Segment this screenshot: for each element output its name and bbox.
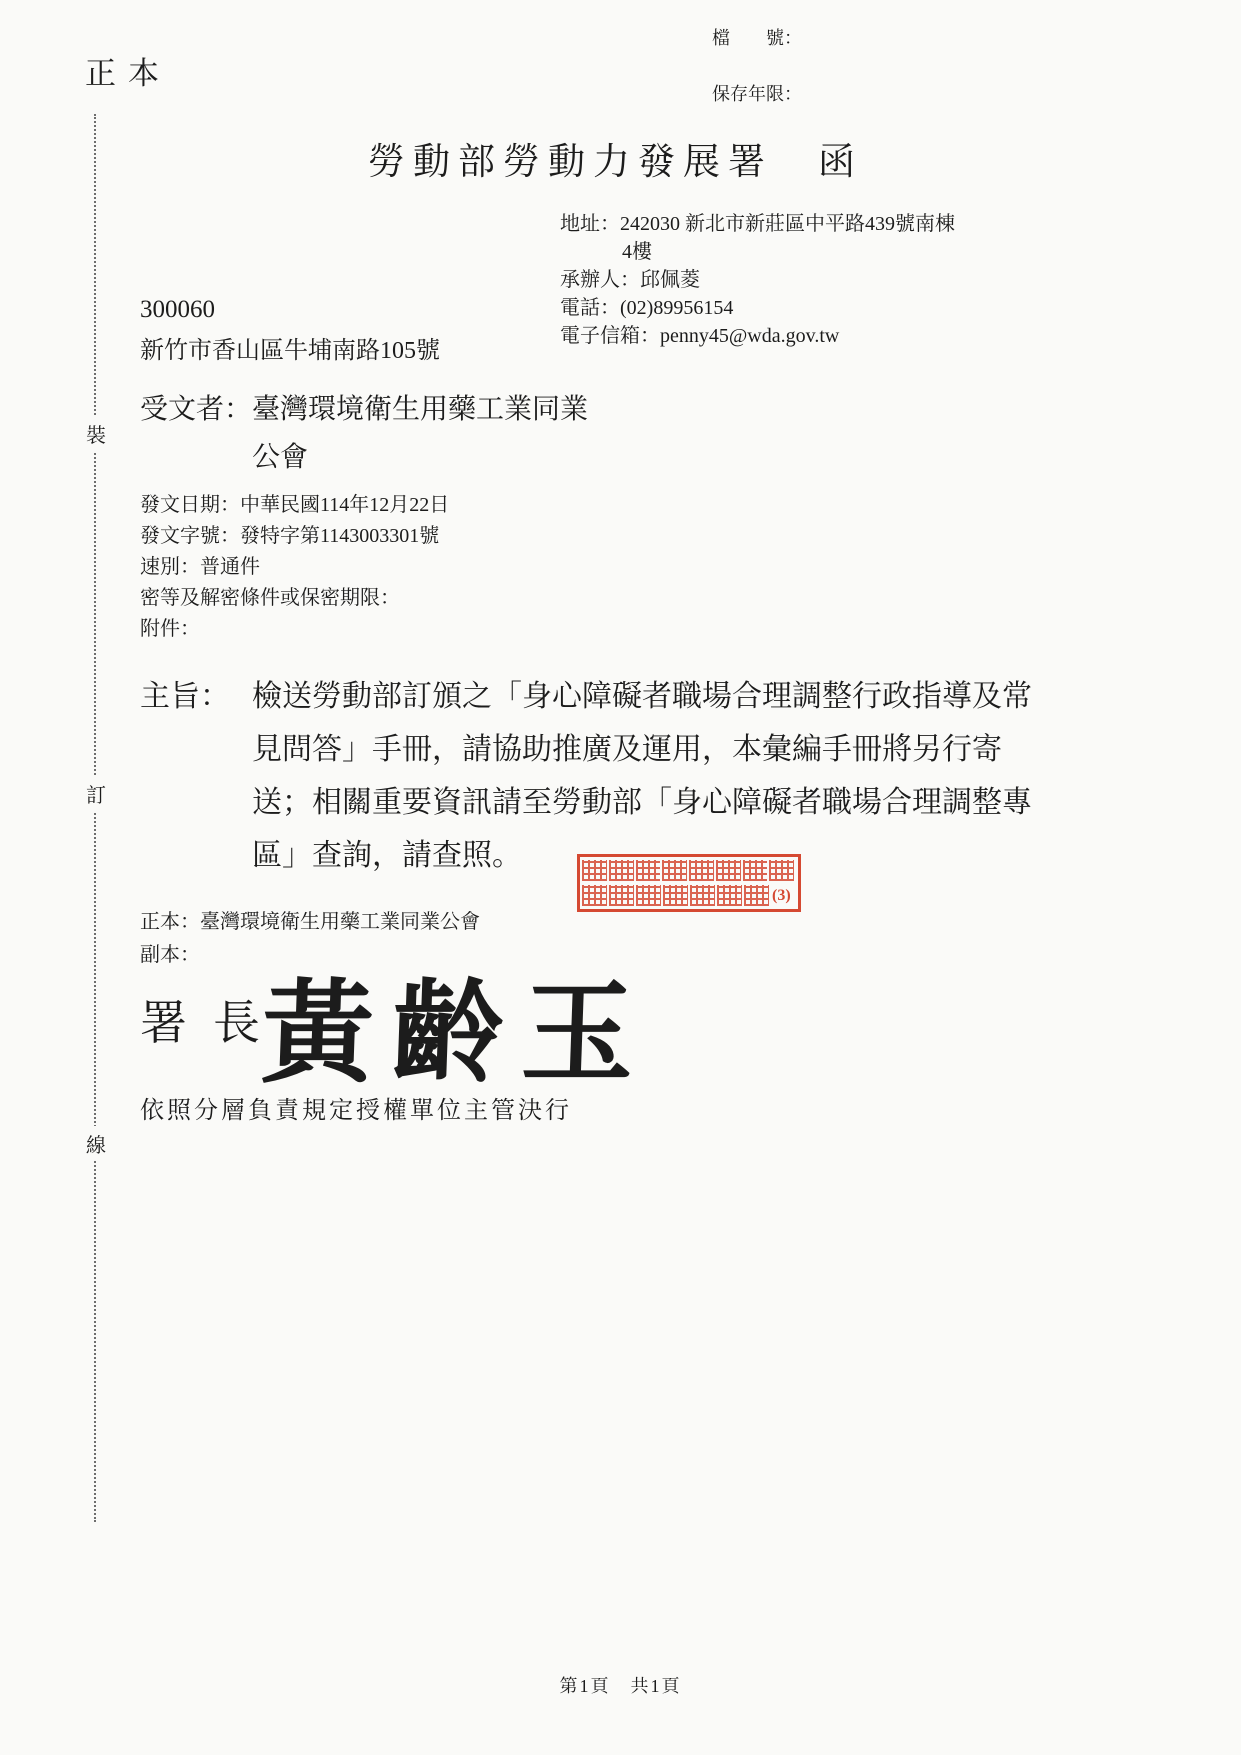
seal-glyph: [769, 860, 794, 881]
seal-row: [582, 859, 796, 882]
seal-glyph: [744, 885, 769, 906]
sender-phone: 電話：(02)89956154: [560, 294, 955, 322]
official-seal-stamp: (3): [577, 854, 801, 912]
document-title: 勞動部勞動力發展署 函: [368, 131, 863, 185]
recipient-name-line2: 公會: [140, 434, 588, 482]
copy-type-label: 正本: [85, 48, 171, 93]
security-class: 密等及解密條件或保密期限：: [140, 583, 449, 614]
page-number-footer: 第1頁 共1頁: [0, 1672, 1241, 1698]
seal-glyph: [663, 885, 688, 906]
delegation-note: 依照分層負責規定授權單位主管決行: [140, 1090, 572, 1125]
sender-email: 電子信箱：penny45@wda.gov.tw: [560, 322, 955, 350]
seal-glyph: [662, 860, 687, 881]
sender-address-line2: 4樓: [560, 238, 955, 266]
distribution-original: 正本：臺灣環境衛生用藥工業同業公會: [140, 906, 480, 939]
seal-glyph: [582, 860, 607, 881]
seal-row: (3): [582, 884, 796, 907]
seal-glyph: [609, 860, 634, 881]
seal-glyph: [636, 885, 661, 906]
seal-glyph: [743, 860, 768, 881]
seal-suffix: (3): [772, 887, 791, 905]
binding-mark-xian: 線: [84, 1126, 108, 1161]
seal-glyph: [636, 860, 661, 881]
document-metadata-block: 發文日期：中華民國114年12月22日 發文字號：發特字第1143003301號…: [140, 490, 449, 645]
issue-date: 發文日期：中華民國114年12月22日: [140, 490, 449, 521]
seal-glyph: [609, 885, 634, 906]
file-number-label-right: 號：: [766, 28, 802, 48]
attachment-label: 附件：: [140, 614, 449, 645]
subject-line: 送；相關重要資訊請至勞動部「身心障礙者職場合理調整專: [252, 776, 1032, 829]
subject-block: 主旨： 檢送勞動部訂頒之「身心障礙者職場合理調整行政指導及常 見問答」手冊，請協…: [140, 670, 1032, 882]
signer-name-calligraphy: 黃齡玉: [259, 944, 655, 1105]
document-number: 發文字號：發特字第1143003301號: [140, 521, 449, 552]
seal-glyph: [582, 885, 607, 906]
recipient-name-line1: 受文者：臺灣環境衛生用藥工業同業: [140, 386, 588, 434]
file-number-label: 檔號：: [712, 24, 802, 50]
file-number-label-left: 檔: [712, 28, 730, 48]
binding-mark-ding: 訂: [84, 776, 108, 811]
binding-mark-zhuang: 裝: [84, 416, 108, 451]
recipient-postal-code: 300060: [140, 296, 215, 324]
speed-class: 速別：普通件: [140, 552, 449, 583]
subject-label: 主旨：: [140, 670, 252, 882]
subject-line: 見問答」手冊，請協助推廣及運用，本彙編手冊將另行寄: [252, 723, 1032, 776]
binding-dotted-line: [94, 114, 96, 1522]
subject-body: 檢送勞動部訂頒之「身心障礙者職場合理調整行政指導及常 見問答」手冊，請協助推廣及…: [252, 670, 1032, 882]
seal-glyph: [689, 860, 714, 881]
seal-glyph: [690, 885, 715, 906]
seal-glyph: [716, 860, 741, 881]
subject-line: 檢送勞動部訂頒之「身心障礙者職場合理調整行政指導及常: [252, 670, 1032, 723]
retention-period-label: 保存年限：: [712, 80, 802, 106]
recipient-street-address: 新竹市香山區牛埔南路105號: [140, 330, 440, 365]
recipient-block: 受文者：臺灣環境衛生用藥工業同業 公會: [140, 386, 588, 482]
sender-info-block: 地址：242030 新北市新莊區中平路439號南棟 4樓 承辦人：邱佩菱 電話：…: [560, 210, 955, 350]
seal-glyph: [717, 885, 742, 906]
sender-contact: 承辦人：邱佩菱: [560, 266, 955, 294]
sender-address-line1: 地址：242030 新北市新莊區中平路439號南棟: [560, 210, 955, 238]
scanned-official-letter: 正本 檔號： 保存年限： 勞動部勞動力發展署 函 地址：242030 新北市新莊…: [0, 0, 1241, 1755]
